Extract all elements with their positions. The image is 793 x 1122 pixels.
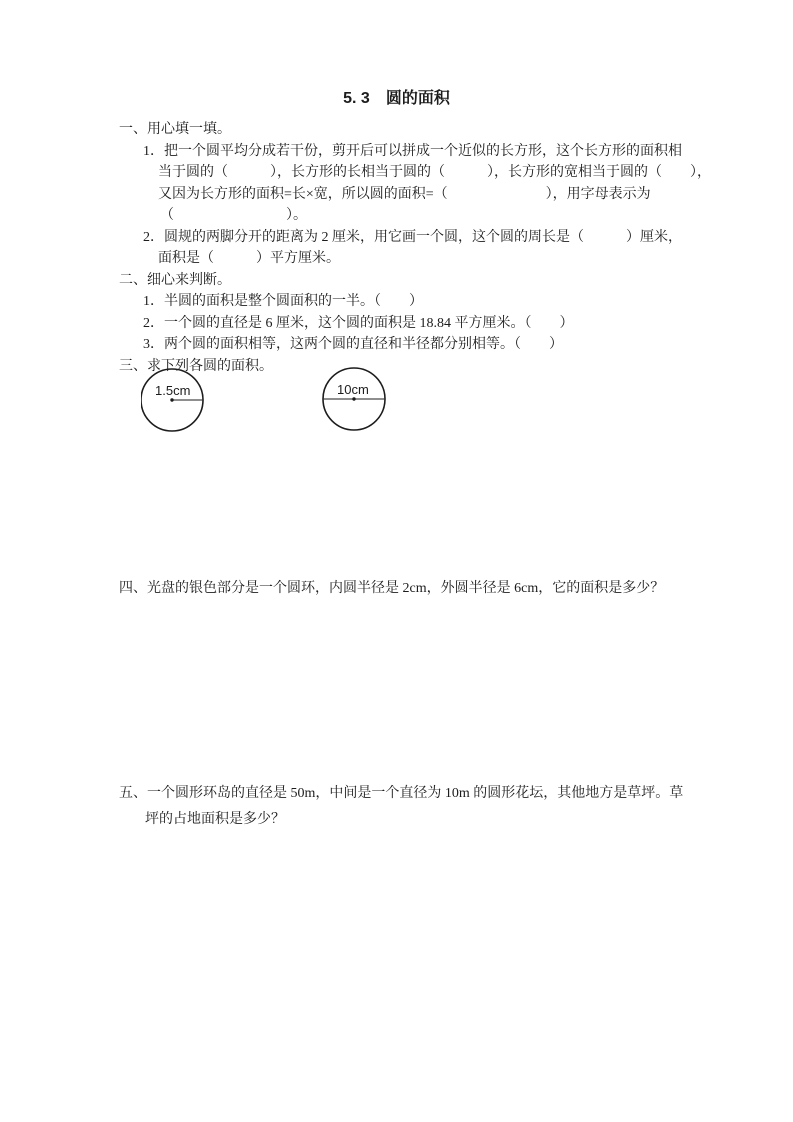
section-two-q1: 1．半圆的面积是整个圆面积的一半。（ ） (0, 291, 793, 313)
section-one-q1-line2: 当于圆的（ ），长方形的长相当于圆的（ ），长方形的宽相当于圆的（ ）， (0, 162, 793, 184)
section-one-q1-line4: （ ）。 (0, 205, 793, 227)
circle-diameter-label: 10cm (337, 382, 369, 397)
section-three-heading: 三、求下列各圆的面积。 (0, 356, 793, 378)
worksheet-page: 5. 3 圆的面积 一、用心填一填。 1．把一个圆平均分成若干份，剪开后可以拼成… (0, 0, 793, 1122)
section-one-q2-line2: 面积是（ ）平方厘米。 (0, 248, 793, 270)
section-five-question-line1: 五、一个圆形环岛的直径是 50m，中间是一个直径为 10m 的圆形花坛，其他地方… (0, 783, 793, 805)
section-one-q1-line3: 又因为长方形的面积=长×宽，所以圆的面积=（ ），用字母表示为 (0, 184, 793, 206)
circle-with-diameter: 10cm (323, 368, 385, 430)
section-four-question: 四、光盘的银色部分是一个圆环，内圆半径是 2cm，外圆半径是 6cm，它的面积是… (0, 578, 793, 600)
circles-svg: 1.5cm 10cm (141, 367, 391, 437)
section-one-q1-line1: 1．把一个圆平均分成若干份，剪开后可以拼成一个近似的长方形，这个长方形的面积相 (0, 141, 793, 163)
circles-figure: 1.5cm 10cm (0, 377, 793, 578)
circle-radius-label: 1.5cm (155, 383, 190, 398)
section-two-q3: 3．两个圆的面积相等，这两个圆的直径和半径都分别相等。（ ） (0, 334, 793, 356)
page-title: 5. 3 圆的面积 (0, 0, 793, 109)
section-two-heading: 二、细心来判断。 (0, 270, 793, 292)
circle-with-radius: 1.5cm (141, 369, 203, 431)
section-five-question-line2: 坪的占地面积是多少？ (0, 809, 793, 831)
section-two-q2: 2．一个圆的直径是 6 厘米，这个圆的面积是 18.84 平方厘米。（ ） (0, 313, 793, 335)
section-one-heading: 一、用心填一填。 (0, 119, 793, 141)
section-one-q2-line1: 2．圆规的两脚分开的距离为 2 厘米，用它画一个圆，这个圆的周长是（ ）厘米， (0, 227, 793, 249)
